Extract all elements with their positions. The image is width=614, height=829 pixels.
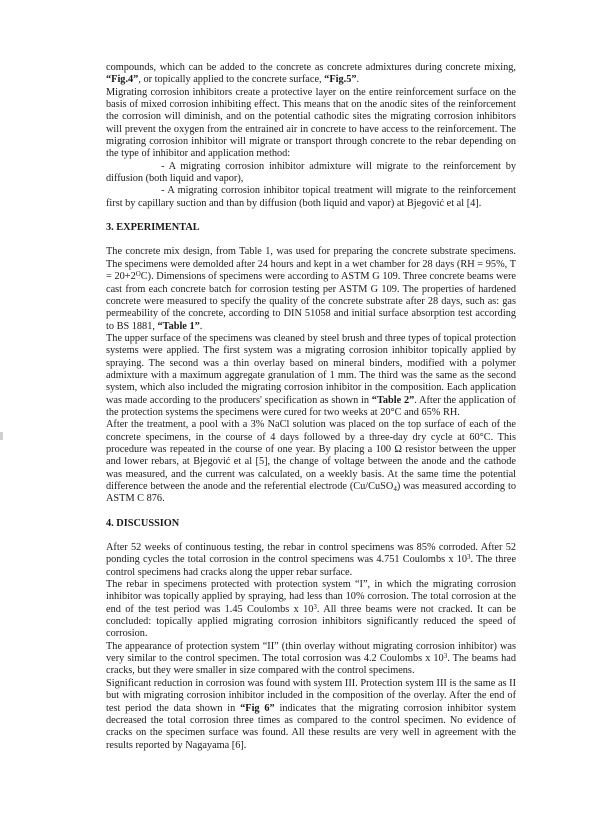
- fig6-reference: “Fig 6”: [240, 703, 275, 714]
- scan-artifact: [0, 432, 3, 440]
- section-heading-experimental: 3. EXPERIMENTAL: [106, 222, 516, 234]
- fig5-reference: “Fig.5”: [324, 74, 356, 85]
- text: compounds, which can be added to the con…: [106, 62, 516, 73]
- experimental-paragraph-2: The upper surface of the specimens was c…: [106, 333, 516, 419]
- intro-paragraph-2: Migrating corrosion inhibitors create a …: [106, 87, 516, 161]
- discussion-paragraph-4: Significant reduction in corrosion was f…: [106, 678, 516, 752]
- text: .: [357, 74, 360, 85]
- experimental-paragraph-3: After the treatment, a pool with a 3% Na…: [106, 419, 516, 505]
- intro-bullet-2: - A migrating corrosion inhibitor topica…: [106, 185, 516, 210]
- experimental-paragraph-1: The concrete mix design, from Table 1, w…: [106, 246, 516, 332]
- discussion-paragraph-2: The rebar in specimens protected with pr…: [106, 579, 516, 641]
- fig4-reference: “Fig.4”: [106, 74, 138, 85]
- paper-page: compounds, which can be added to the con…: [106, 62, 516, 752]
- section-heading-discussion: 4. DISCUSSION: [106, 518, 516, 530]
- text: .: [200, 321, 203, 332]
- discussion-paragraph-3: The appearance of protection system “II”…: [106, 641, 516, 678]
- intro-bullet-1: - A migrating corrosion inhibitor admixt…: [106, 161, 516, 186]
- text: After 52 weeks of continuous testing, th…: [106, 542, 516, 565]
- table1-reference: “Table 1”: [158, 321, 200, 332]
- table2-reference: “Table 2”: [372, 395, 414, 406]
- discussion-paragraph-1: After 52 weeks of continuous testing, th…: [106, 542, 516, 579]
- text: , or topically applied to the concrete s…: [138, 74, 324, 85]
- intro-paragraph-1: compounds, which can be added to the con…: [106, 62, 516, 87]
